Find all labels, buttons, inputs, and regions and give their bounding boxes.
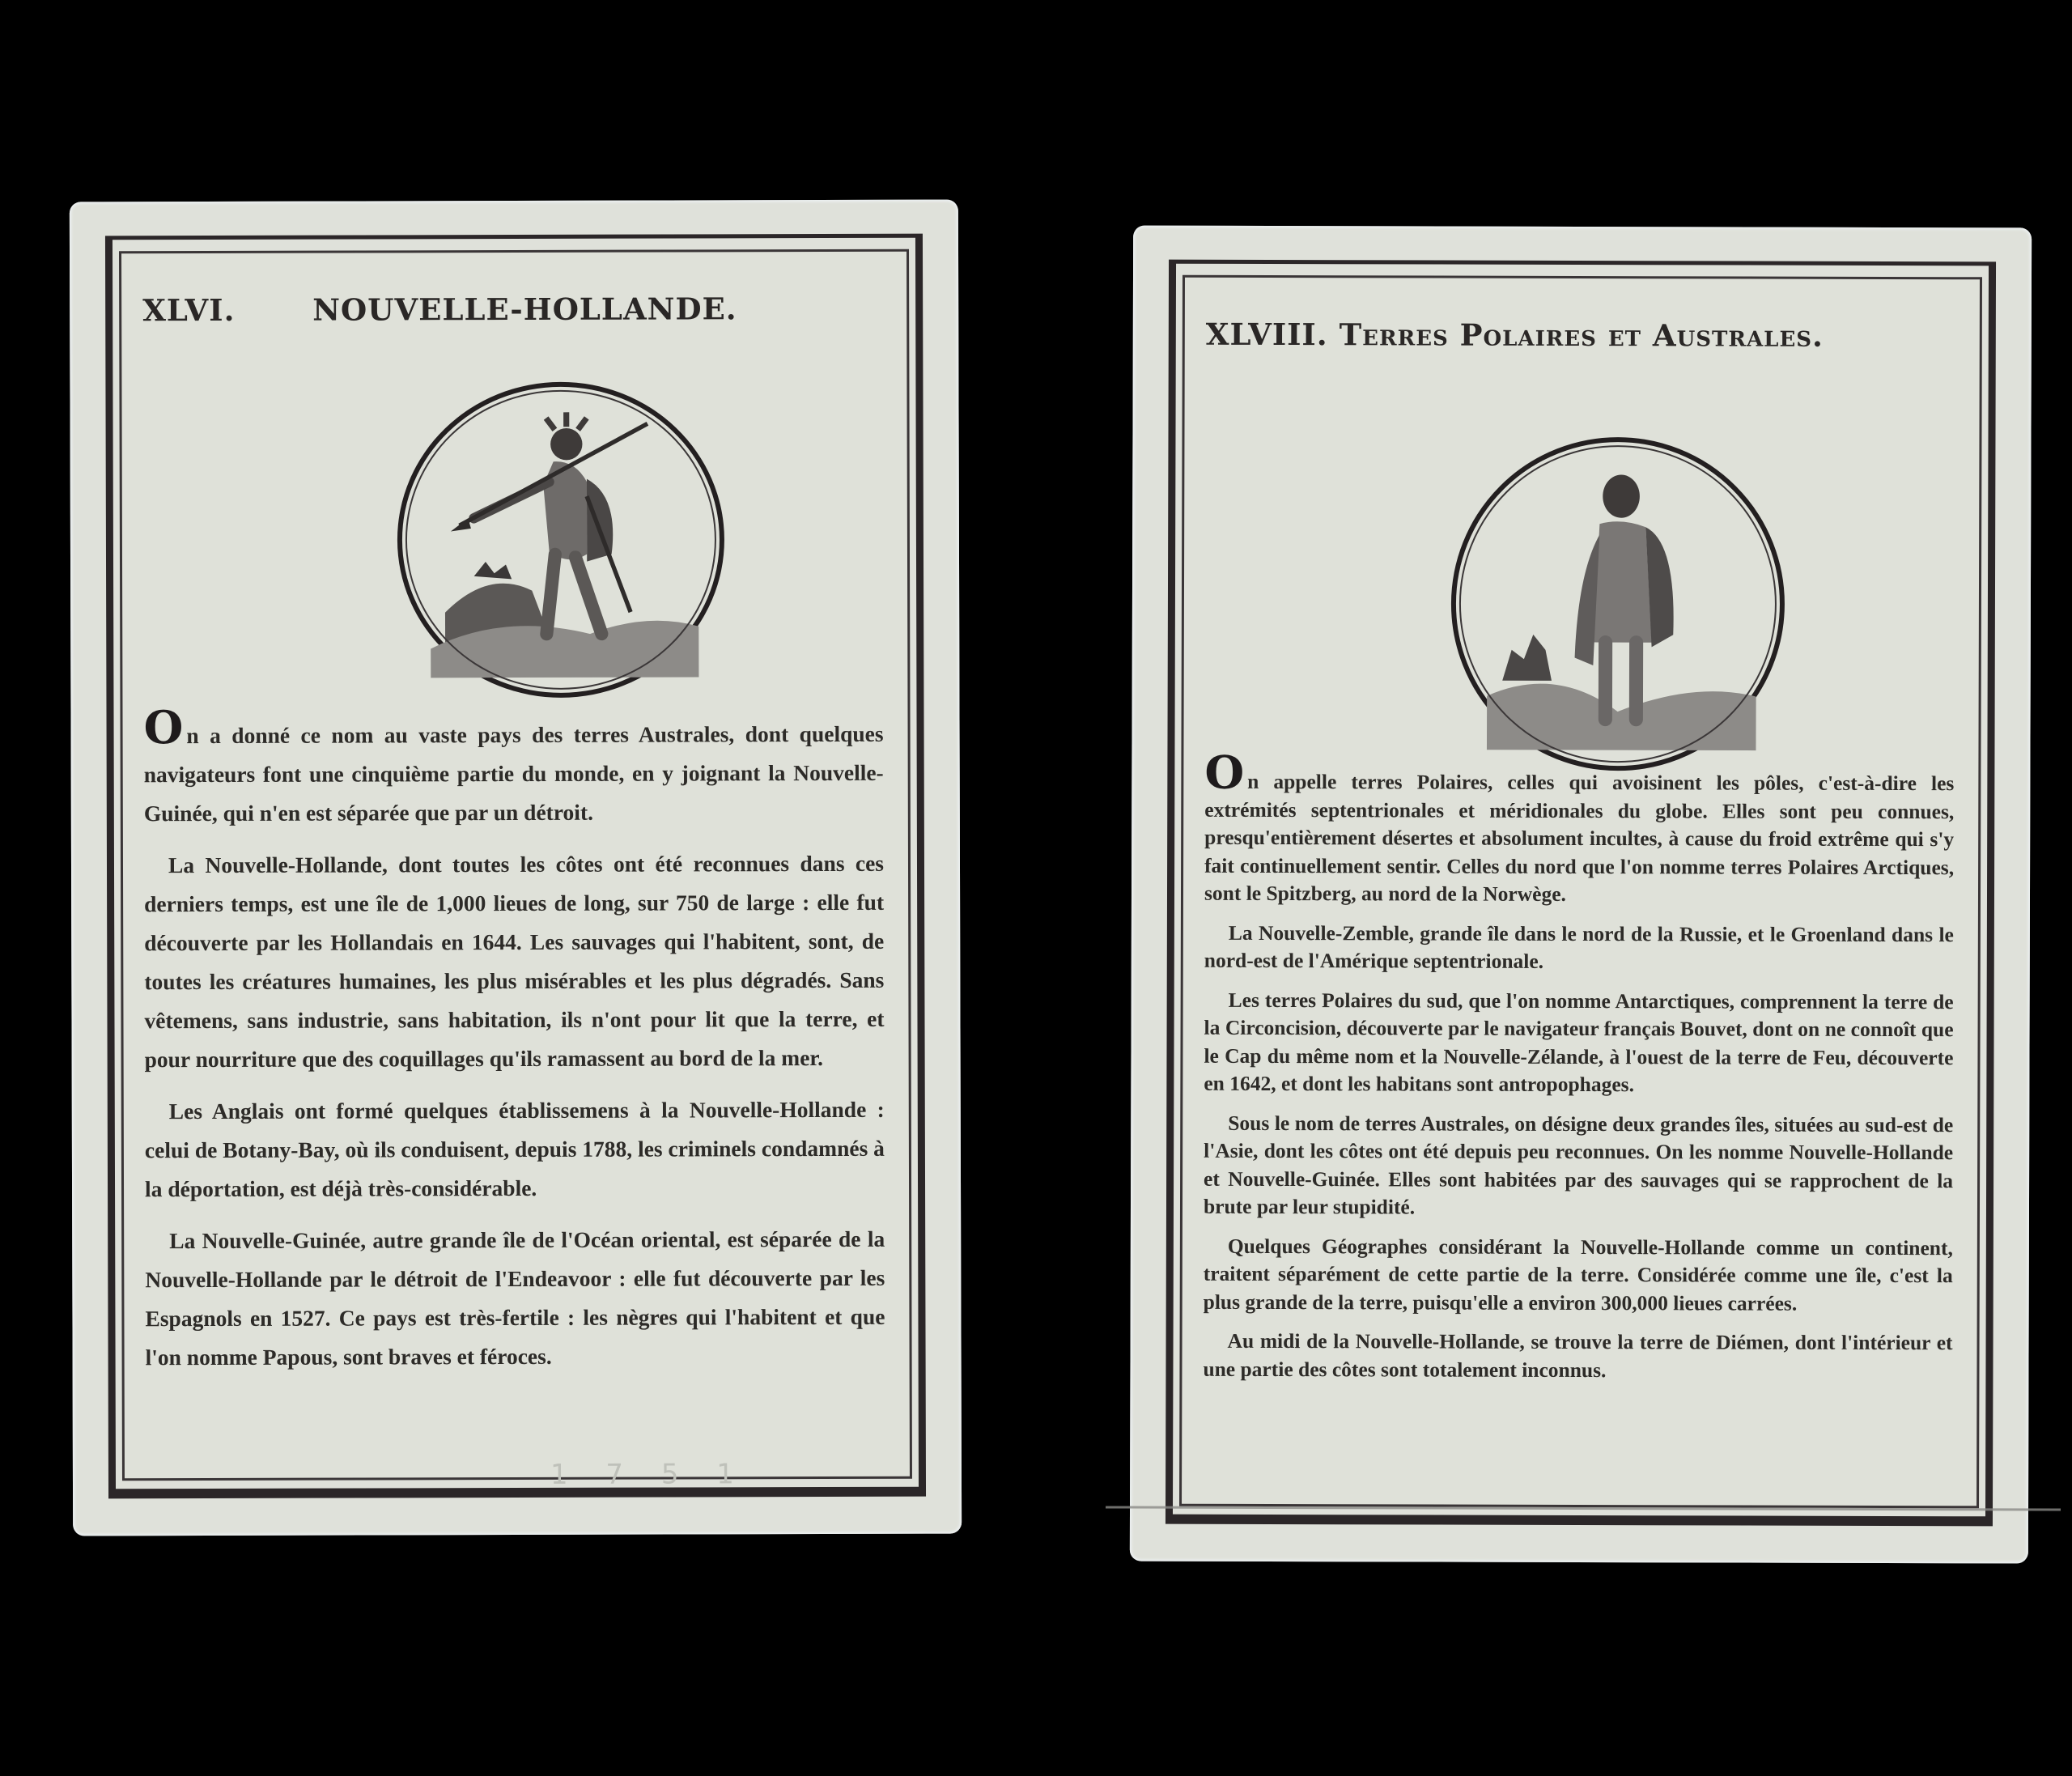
engraving-illustration	[1463, 450, 1772, 758]
card-heading: XLVI.NOUVELLE-HOLLANDE.	[142, 291, 882, 328]
card-body: On a donné ce nom au vaste pays des terr…	[143, 710, 885, 1390]
card-heading: XLVIII.Terres Polaires et Australes.	[1206, 317, 1955, 354]
paragraph: Les terres Polaires du sud, que l'on nom…	[1204, 986, 1953, 1099]
drop-cap: O	[1204, 746, 1244, 800]
paragraph: La Nouvelle-Zemble, grande île dans le n…	[1204, 919, 1954, 976]
paragraph: Quelques Géographes considérant la Nouve…	[1204, 1232, 1953, 1318]
plate-number: XLVI.	[142, 292, 312, 329]
paragraph-text: n a donné ce nom au vaste pays des terre…	[144, 721, 884, 826]
paragraph-text: n appelle terres Polaires, celles qui av…	[1204, 770, 1954, 906]
pencil-annotation: 1 7 5 1	[550, 1458, 749, 1491]
card-terres-polaires: XLVIII.Terres Polaires et Australes. On	[1130, 226, 2032, 1564]
drop-cap: O	[143, 701, 183, 754]
card-nouvelle-hollande: XLVI.NOUVELLE-HOLLANDE.	[70, 200, 962, 1536]
plate-number: XLVIII.	[1206, 317, 1328, 352]
paragraph: Sous le nom de terres Australes, on dési…	[1204, 1109, 1953, 1222]
medallion-figure-with-cloak-icon	[1450, 437, 1785, 771]
paragraph: On appelle terres Polaires, celles qui a…	[1204, 757, 1954, 910]
card-border: XLVIII.Terres Polaires et Australes. On	[1165, 260, 1996, 1527]
card-body: On appelle terres Polaires, celles qui a…	[1203, 757, 1954, 1396]
card-title: Terres Polaires et Australes.	[1340, 317, 1824, 354]
paragraph: Les Anglais ont formé quelques établisse…	[145, 1090, 885, 1209]
paragraph: On a donné ce nom au vaste pays des terr…	[143, 710, 883, 833]
paragraph: La Nouvelle-Guinée, autre grande île de …	[145, 1220, 885, 1377]
engraving-illustration	[410, 394, 711, 685]
paragraph: La Nouvelle-Hollande, dont toutes les cô…	[144, 844, 885, 1079]
card-border: XLVI.NOUVELLE-HOLLANDE.	[105, 234, 926, 1499]
card-title: NOUVELLE-HOLLANDE.	[312, 291, 737, 327]
card-inner-border: XLVI.NOUVELLE-HOLLANDE.	[119, 249, 912, 1481]
card-inner-border: XLVIII.Terres Polaires et Australes. On	[1179, 275, 1982, 1509]
paragraph: Au midi de la Nouvelle-Hollande, se trou…	[1203, 1328, 1952, 1385]
medallion-native-with-spear-icon	[397, 381, 724, 698]
